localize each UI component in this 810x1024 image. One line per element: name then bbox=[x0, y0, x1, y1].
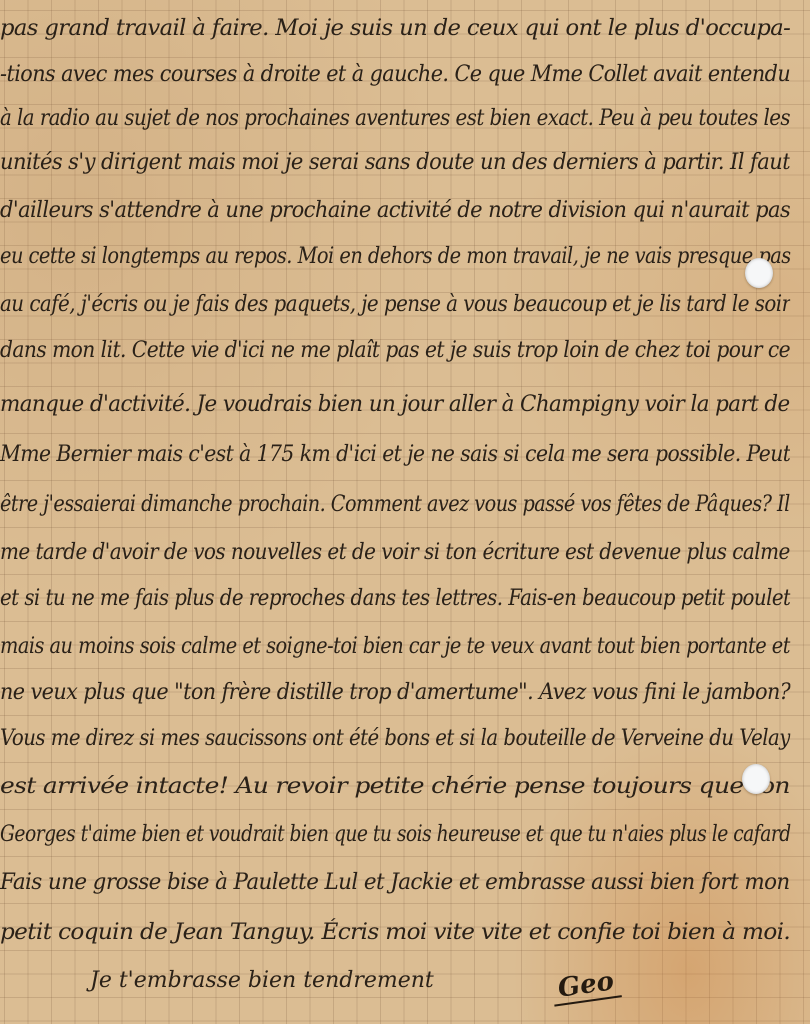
letter-closing: Je t'embrasse bien tendrement bbox=[90, 968, 434, 993]
letter-line: manque d'activité. Je voudrais bien un j… bbox=[0, 390, 790, 420]
letter-line: à la radio au sujet de nos prochaines av… bbox=[0, 104, 790, 134]
letter-line: mais au moins sois calme et soigne-toi b… bbox=[0, 632, 790, 662]
letter-line: au café, j'écris ou je fais des paquets,… bbox=[0, 290, 791, 320]
letter-line: dans mon lit. Cette vie d'ici ne me plaî… bbox=[0, 336, 790, 366]
letter-page: pas grand travail à faire. Moi je suis u… bbox=[0, 0, 810, 1024]
letter-line: unités s'y dirigent mais moi je serai sa… bbox=[0, 148, 790, 178]
letter-line: Georges t'aime bien et voudrait bien que… bbox=[0, 820, 791, 850]
letter-line: d'ailleurs s'attendre à une prochaine ac… bbox=[0, 196, 790, 226]
letter-line: pas grand travail à faire. Moi je suis u… bbox=[0, 14, 790, 44]
letter-line: Fais une grosse bise à Paulette Lul et J… bbox=[0, 868, 790, 898]
letter-line: être j'essaierai dimanche prochain. Comm… bbox=[0, 490, 790, 520]
letter-line: eu cette si longtemps au repos. Moi en d… bbox=[0, 242, 791, 272]
letter-line: est arrivée intacte! Au revoir petite ch… bbox=[0, 772, 790, 802]
letter-signature: Geo bbox=[550, 965, 622, 1006]
letter-line: -tions avec mes courses à droite et à ga… bbox=[0, 60, 790, 90]
letter-line: petit coquin de Jean Tanguy. Écris moi v… bbox=[0, 918, 790, 948]
letter-line: et si tu ne me fais plus de reproches da… bbox=[0, 584, 790, 614]
letter-line: Mme Bernier mais c'est à 175 km d'ici et… bbox=[0, 440, 790, 470]
punch-hole-bottom bbox=[742, 764, 770, 794]
letter-line: me tarde d'avoir de vos nouvelles et de … bbox=[0, 538, 790, 568]
punch-hole-top bbox=[745, 258, 773, 288]
letter-line: Vous me direz si mes saucissons ont été … bbox=[0, 724, 790, 754]
letter-line: ne veux plus que "ton frère distille tro… bbox=[0, 678, 790, 708]
